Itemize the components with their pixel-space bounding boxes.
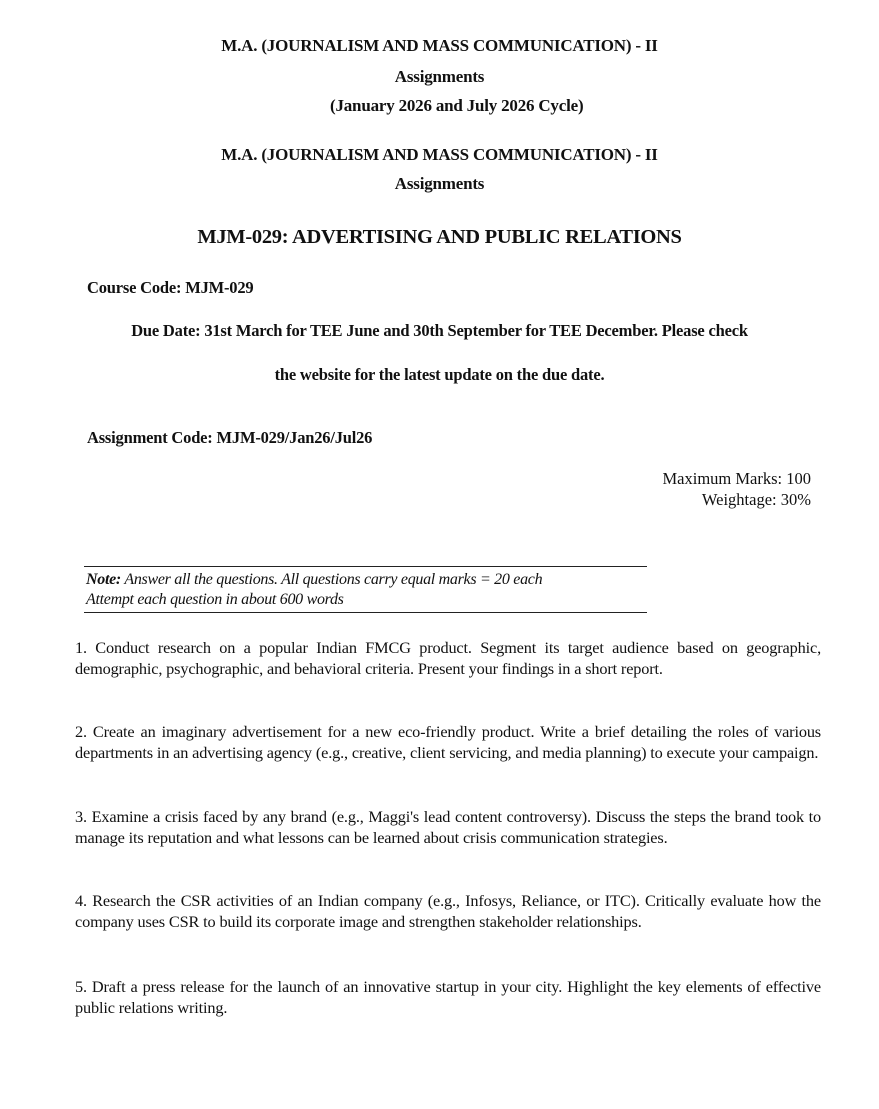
instructions-note: Note: Answer all the questions. All ques…	[84, 566, 647, 613]
question-1: 1. Conduct research on a popular Indian …	[75, 638, 821, 679]
assignments-heading-1: Assignments	[0, 67, 879, 87]
assignment-code: Assignment Code: MJM-029/Jan26/Jul26	[87, 428, 372, 448]
note-line-1: Answer all the questions. All questions …	[121, 571, 542, 588]
question-4: 4. Research the CSR activities of an Ind…	[75, 891, 821, 932]
marks-block: Maximum Marks: 100 Weightage: 30%	[663, 468, 812, 510]
maximum-marks: Maximum Marks: 100	[663, 468, 812, 489]
course-code: Course Code: MJM-029	[87, 278, 253, 298]
programme-heading-1: M.A. (JOURNALISM AND MASS COMMUNICATION)…	[0, 36, 879, 56]
programme-heading-2: M.A. (JOURNALISM AND MASS COMMUNICATION)…	[0, 145, 879, 165]
course-title: MJM-029: ADVERTISING AND PUBLIC RELATION…	[0, 226, 879, 249]
note-label: Note:	[86, 571, 121, 588]
cycle-heading: (January 2026 and July 2026 Cycle)	[330, 96, 583, 116]
note-line-2: Attempt each question in about 600 words	[86, 590, 645, 610]
question-3: 3. Examine a crisis faced by any brand (…	[75, 807, 821, 848]
question-5: 5. Draft a press release for the launch …	[75, 977, 821, 1018]
due-date-line-2: the website for the latest update on the…	[0, 365, 879, 385]
weightage: Weightage: 30%	[663, 489, 812, 510]
assignments-heading-2: Assignments	[0, 174, 879, 194]
due-date-line-1: Due Date: 31st March for TEE June and 30…	[0, 321, 879, 341]
question-2: 2. Create an imaginary advertisement for…	[75, 722, 821, 763]
